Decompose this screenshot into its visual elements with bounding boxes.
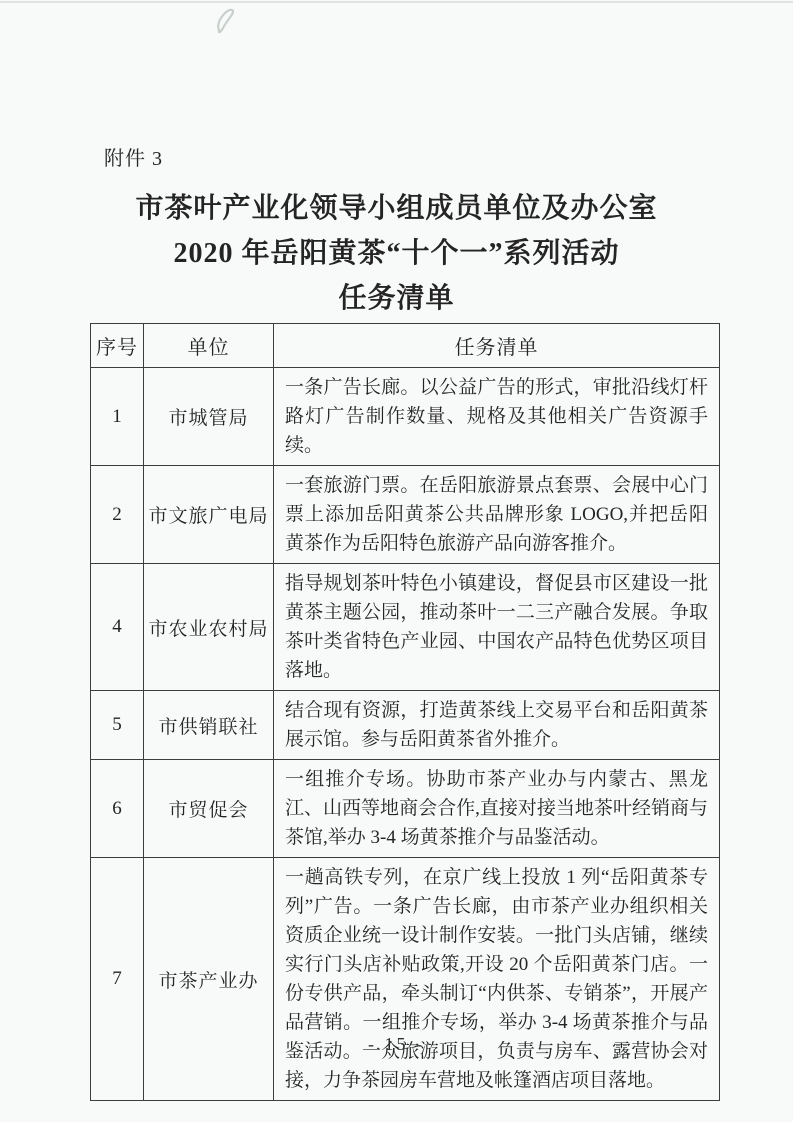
document-title: 市茶叶产业化领导小组成员单位及办公室 2020 年岳阳黄茶“十个一”系列活动 任… <box>0 186 793 321</box>
row-task-text: 一条广告长廊。以公益广告的形式，审批沿线灯杆路灯广告制作数量、规格及其他相关广告… <box>274 368 720 466</box>
row-serial-number: 2 <box>91 466 144 564</box>
row-serial-number: 4 <box>91 564 144 691</box>
row-serial-number: 7 <box>91 858 144 1101</box>
row-task-text: 指导规划茶叶特色小镇建设，督促县市区建设一批黄茶主题公园，推动茶叶一二三产融合发… <box>274 564 720 691</box>
row-unit-name: 市茶产业办 <box>144 858 274 1101</box>
row-unit-name: 市供销联社 <box>144 691 274 760</box>
row-serial-number: 6 <box>91 760 144 858</box>
table-row: 4 市农业农村局 指导规划茶叶特色小镇建设，督促县市区建设一批黄茶主题公园，推动… <box>91 564 720 691</box>
row-serial-number: 1 <box>91 368 144 466</box>
row-unit-name: 市城管局 <box>144 368 274 466</box>
row-task-text: 一组推介专场。协助市茶产业办与内蒙古、黑龙江、山西等地商会合作,直接对接当地茶叶… <box>274 760 720 858</box>
table-row: 2 市文旅广电局 一套旅游门票。在岳阳旅游景点套票、会展中心门票上添加岳阳黄茶公… <box>91 466 720 564</box>
page-number: - 15 - <box>0 1034 793 1055</box>
table-row: 1 市城管局 一条广告长廊。以公益广告的形式，审批沿线灯杆路灯广告制作数量、规格… <box>91 368 720 466</box>
table-header-row: 序号 单位 任务清单 <box>91 324 720 368</box>
title-line-2: 2020 年岳阳黄茶“十个一”系列活动 <box>0 231 793 276</box>
title-line-1: 市茶叶产业化领导小组成员单位及办公室 <box>0 186 793 231</box>
row-task-text: 一套旅游门票。在岳阳旅游景点套票、会展中心门票上添加岳阳黄茶公共品牌形象 LOG… <box>274 466 720 564</box>
table-row: 6 市贸促会 一组推介专场。协助市茶产业办与内蒙古、黑龙江、山西等地商会合作,直… <box>91 760 720 858</box>
row-serial-number: 5 <box>91 691 144 760</box>
header-serial-number: 序号 <box>91 324 144 368</box>
attachment-label: 附件 3 <box>104 142 163 171</box>
task-table: 序号 单位 任务清单 1 市城管局 一条广告长廊。以公益广告的形式，审批沿线灯杆… <box>90 323 720 1101</box>
row-task-text: 一趟高铁专列，在京广线上投放 1 列“岳阳黄茶专列”广告。一条广告长廊，由市茶产… <box>274 858 720 1101</box>
document-page: 附件 3 市茶叶产业化领导小组成员单位及办公室 2020 年岳阳黄茶“十个一”系… <box>0 0 793 1122</box>
task-table-body: 1 市城管局 一条广告长廊。以公益广告的形式，审批沿线灯杆路灯广告制作数量、规格… <box>91 368 720 1101</box>
header-unit: 单位 <box>144 324 274 368</box>
pen-scribble-mark <box>205 4 253 40</box>
header-task-list: 任务清单 <box>274 324 720 368</box>
row-task-text: 结合现有资源，打造黄茶线上交易平台和岳阳黄茶展示馆。参与岳阳黄茶省外推介。 <box>274 691 720 760</box>
row-unit-name: 市文旅广电局 <box>144 466 274 564</box>
table-row: 7 市茶产业办 一趟高铁专列，在京广线上投放 1 列“岳阳黄茶专列”广告。一条广… <box>91 858 720 1101</box>
table-row: 5 市供销联社 结合现有资源，打造黄茶线上交易平台和岳阳黄茶展示馆。参与岳阳黄茶… <box>91 691 720 760</box>
row-unit-name: 市农业农村局 <box>144 564 274 691</box>
scan-edge-artifact <box>0 1 793 3</box>
title-line-3: 任务清单 <box>0 276 793 321</box>
row-unit-name: 市贸促会 <box>144 760 274 858</box>
